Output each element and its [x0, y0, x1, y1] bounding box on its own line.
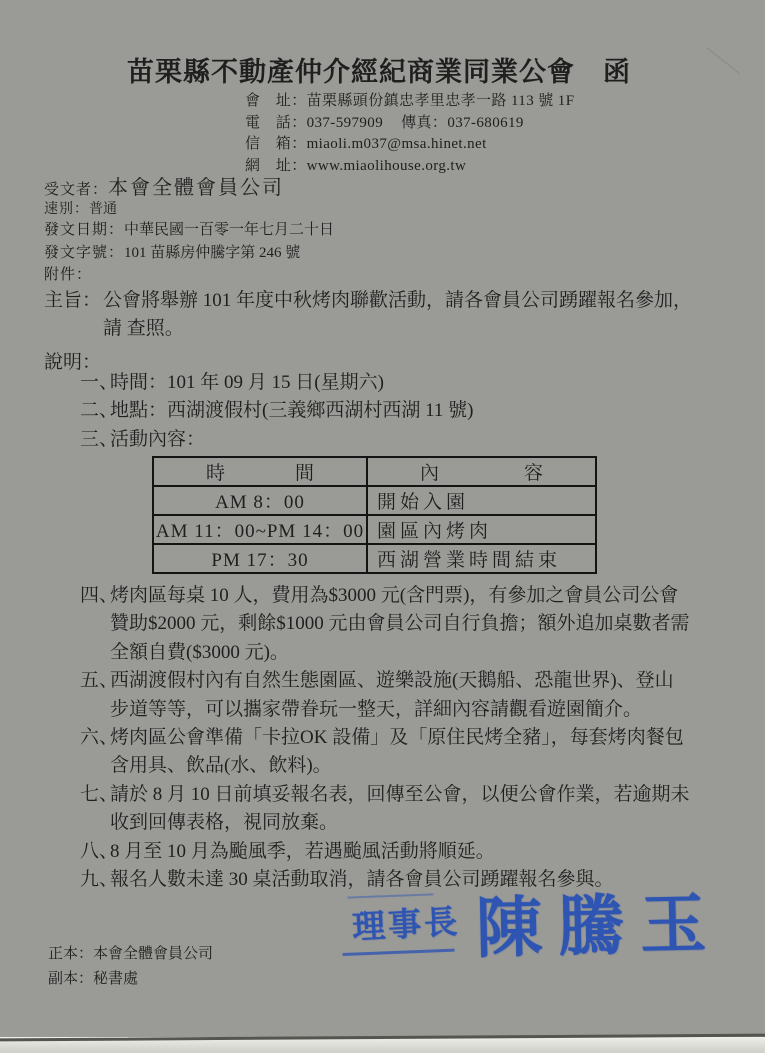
item-number: 七、 — [80, 781, 110, 838]
time-cell: PM 17：30 — [153, 544, 367, 573]
address-label: 會 址： — [245, 93, 307, 109]
content-cell: 西湖營業時間結束 — [367, 544, 596, 573]
item-number: 五、 — [80, 667, 110, 724]
stamp-title-wrap: 理事長 — [343, 891, 468, 957]
address-value: 苗栗縣頭份鎮忠孝里忠孝一路 113 號 1F — [307, 93, 575, 109]
item-number: 九、 — [80, 866, 110, 894]
list-item: 二、 地點：西湖渡假村(三義鄉西湖村西湖 11 號) — [80, 397, 473, 425]
chairman-name: 陳騰玉 — [475, 870, 723, 970]
subject-line: 請 查照。 — [103, 315, 692, 343]
list-item: 四、 烤肉區每桌 10 人，費用為$3000 元(含門票)，有參加之會員公司公會… — [80, 582, 690, 667]
list-item: 一、 時間：101 年 09 月 15 日(星期六) — [80, 369, 473, 397]
time-column-header: 時 間 — [153, 457, 367, 486]
chairman-title: 理事長 — [351, 896, 461, 949]
carbon-copy-row: 副本：秘書處 — [48, 967, 138, 988]
item-line: 8 月至 10 月為颱風季，若遇颱風活動將順延。 — [110, 838, 495, 866]
issue-date-value: 中華民國一百零一年七月二十日 — [124, 222, 334, 238]
original-copy-value: 本會全體會員公司 — [93, 946, 213, 962]
item-line: 地點：西湖渡假村(三義鄉西湖村西湖 11 號) — [110, 397, 473, 425]
header-char: 間 — [295, 458, 314, 485]
subject-line: 公會將舉辦 101 年度中秋烤肉聯歡活動，請各會員公司踴躍報名參加， — [103, 287, 692, 315]
table-row: PM 17：30 西湖營業時間結束 — [153, 544, 596, 573]
contact-email-row: 信 箱：miaoli.m037@msa.hinet.net — [245, 134, 574, 156]
content-cell: 園區內烤肉 — [367, 515, 596, 544]
item-line: 西湖渡假村內有自然生態園區、遊樂設施(天鵝船、恐龍世界)、登山 — [110, 667, 674, 695]
explanation-items-4-9: 四、 烤肉區每桌 10 人，費用為$3000 元(含門票)，有參加之會員公司公會… — [80, 582, 690, 894]
website-value: www.miaolihouse.org.tw — [307, 158, 467, 174]
item-number: 四、 — [80, 582, 110, 667]
recipient-label: 受文者： — [44, 182, 108, 198]
item-line: 時間：101 年 09 月 15 日(星期六) — [110, 369, 384, 397]
document-title: 苗栗縣不動產仲介經紀商業同業公會 函 — [0, 50, 758, 89]
content-column-header: 內 容 — [367, 457, 596, 486]
list-item: 八、 8 月至 10 月為颱風季，若遇颱風活動將順延。 — [80, 838, 690, 866]
carbon-copy-value: 秘書處 — [93, 971, 138, 987]
attachment-label: 附件： — [44, 267, 92, 283]
item-number: 六、 — [80, 724, 110, 781]
item-line: 烤肉區公會準備「卡拉OK 設備」及「原住民烤全豬」，每套烤肉餐包 — [110, 724, 684, 752]
content-cell: 開始入園 — [367, 486, 596, 515]
list-item: 七、 請於 8 月 10 日前填妥報名表，回傳至公會，以便公會作業，若逾期未 收… — [80, 781, 690, 838]
item-number: 八、 — [80, 838, 110, 866]
issue-date-label: 發文日期： — [44, 222, 124, 238]
item-line: 含用具、飲品(水、飲料)。 — [110, 752, 684, 780]
contact-phone-row: 電 話：037-597909傳真：037-680619 — [245, 113, 574, 135]
carbon-copy-label: 副本： — [48, 971, 93, 987]
header-char: 時 — [206, 458, 225, 485]
document-number-label: 發文字號： — [44, 245, 124, 261]
item-line: 步道等等，可以攜家帶眷玩一整天，詳細內容請觀看遊園簡介。 — [110, 696, 674, 724]
item-line: 活動內容： — [110, 426, 205, 454]
item-number: 二、 — [80, 397, 110, 425]
item-line: 全額自費($3000 元)。 — [110, 639, 690, 667]
subject-block: 主旨： 公會將舉辦 101 年度中秋烤肉聯歡活動，請各會員公司踴躍報名參加， 請… — [44, 287, 692, 344]
email-label: 信 箱： — [245, 136, 307, 152]
table-row: AM 8：00 開始入園 — [153, 486, 596, 515]
email-value: miaoli.m037@msa.hinet.net — [307, 136, 487, 152]
attachment-row: 附件： — [44, 263, 92, 284]
item-line: 請於 8 月 10 日前填妥報名表，回傳至公會，以便公會作業，若逾期未 — [110, 781, 690, 809]
subject-label: 主旨： — [44, 287, 103, 344]
item-line: 收到回傳表格，視同放棄。 — [110, 809, 690, 837]
phone-label: 電 話： — [245, 115, 307, 131]
priority-row: 速別：普通 — [44, 198, 117, 218]
recipient-row: 受文者：本會全體會員公司 — [44, 171, 284, 200]
header-char: 容 — [524, 458, 543, 485]
chairman-signature-stamp: 理事長 陳騰玉 — [343, 870, 723, 973]
explanation-items-1-3: 一、 時間：101 年 09 月 15 日(星期六) 二、 地點：西湖渡假村(三… — [80, 369, 473, 454]
item-line: 贊助$2000 元，剩餘$1000 元由會員公司自行負擔；額外追加桌數者需 — [110, 610, 690, 638]
original-copy-label: 正本： — [48, 946, 93, 962]
item-number: 一、 — [80, 369, 110, 397]
association-contact-block: 會 址：苗栗縣頭份鎮忠孝里忠孝一路 113 號 1F 電 話：037-59790… — [245, 91, 574, 177]
priority-value: 普通 — [89, 202, 117, 217]
contact-website-row: 網 址：www.miaolihouse.org.tw — [245, 156, 574, 178]
table-row: AM 11：00~PM 14：00 園區內烤肉 — [153, 515, 596, 544]
fax-value: 037-680619 — [447, 115, 524, 131]
phone-value: 037-597909 — [307, 115, 384, 131]
list-item: 三、 活動內容： — [80, 426, 473, 454]
document-number-row: 發文字號：101 苗縣房仲騰字第 246 號 — [44, 241, 300, 262]
header-char: 內 — [420, 458, 439, 485]
scanned-official-letter: 苗栗縣不動產仲介經紀商業同業公會 函 會 址：苗栗縣頭份鎮忠孝里忠孝一路 113… — [0, 0, 765, 1053]
item-number: 三、 — [80, 426, 110, 454]
table-header-row: 時 間 內 容 — [153, 457, 596, 486]
time-cell: AM 11：00~PM 14：00 — [153, 515, 367, 544]
list-item: 五、 西湖渡假村內有自然生態園區、遊樂設施(天鵝船、恐龍世界)、登山 步道等等，… — [80, 667, 690, 724]
document-number-value: 101 苗縣房仲騰字第 246 號 — [124, 245, 300, 261]
priority-label: 速別： — [44, 202, 89, 217]
issue-date-row: 發文日期：中華民國一百零一年七月二十日 — [44, 218, 334, 239]
list-item: 六、 烤肉區公會準備「卡拉OK 設備」及「原住民烤全豬」，每套烤肉餐包 含用具、… — [80, 724, 690, 781]
item-line: 烤肉區每桌 10 人，費用為$3000 元(含門票)，有參加之會員公司公會 — [110, 582, 690, 610]
original-copy-row: 正本：本會全體會員公司 — [48, 942, 213, 963]
fax-label: 傳真： — [401, 115, 447, 131]
recipient-value: 本會全體會員公司 — [108, 177, 284, 199]
activity-schedule-table: 時 間 內 容 AM 8：00 開始入園 AM 11：00~PM 14：00 園… — [152, 456, 597, 574]
time-cell: AM 8：00 — [153, 486, 367, 515]
subject-text: 公會將舉辦 101 年度中秋烤肉聯歡活動，請各會員公司踴躍報名參加， 請 查照。 — [103, 287, 692, 344]
contact-address-row: 會 址：苗栗縣頭份鎮忠孝里忠孝一路 113 號 1F — [245, 91, 574, 113]
